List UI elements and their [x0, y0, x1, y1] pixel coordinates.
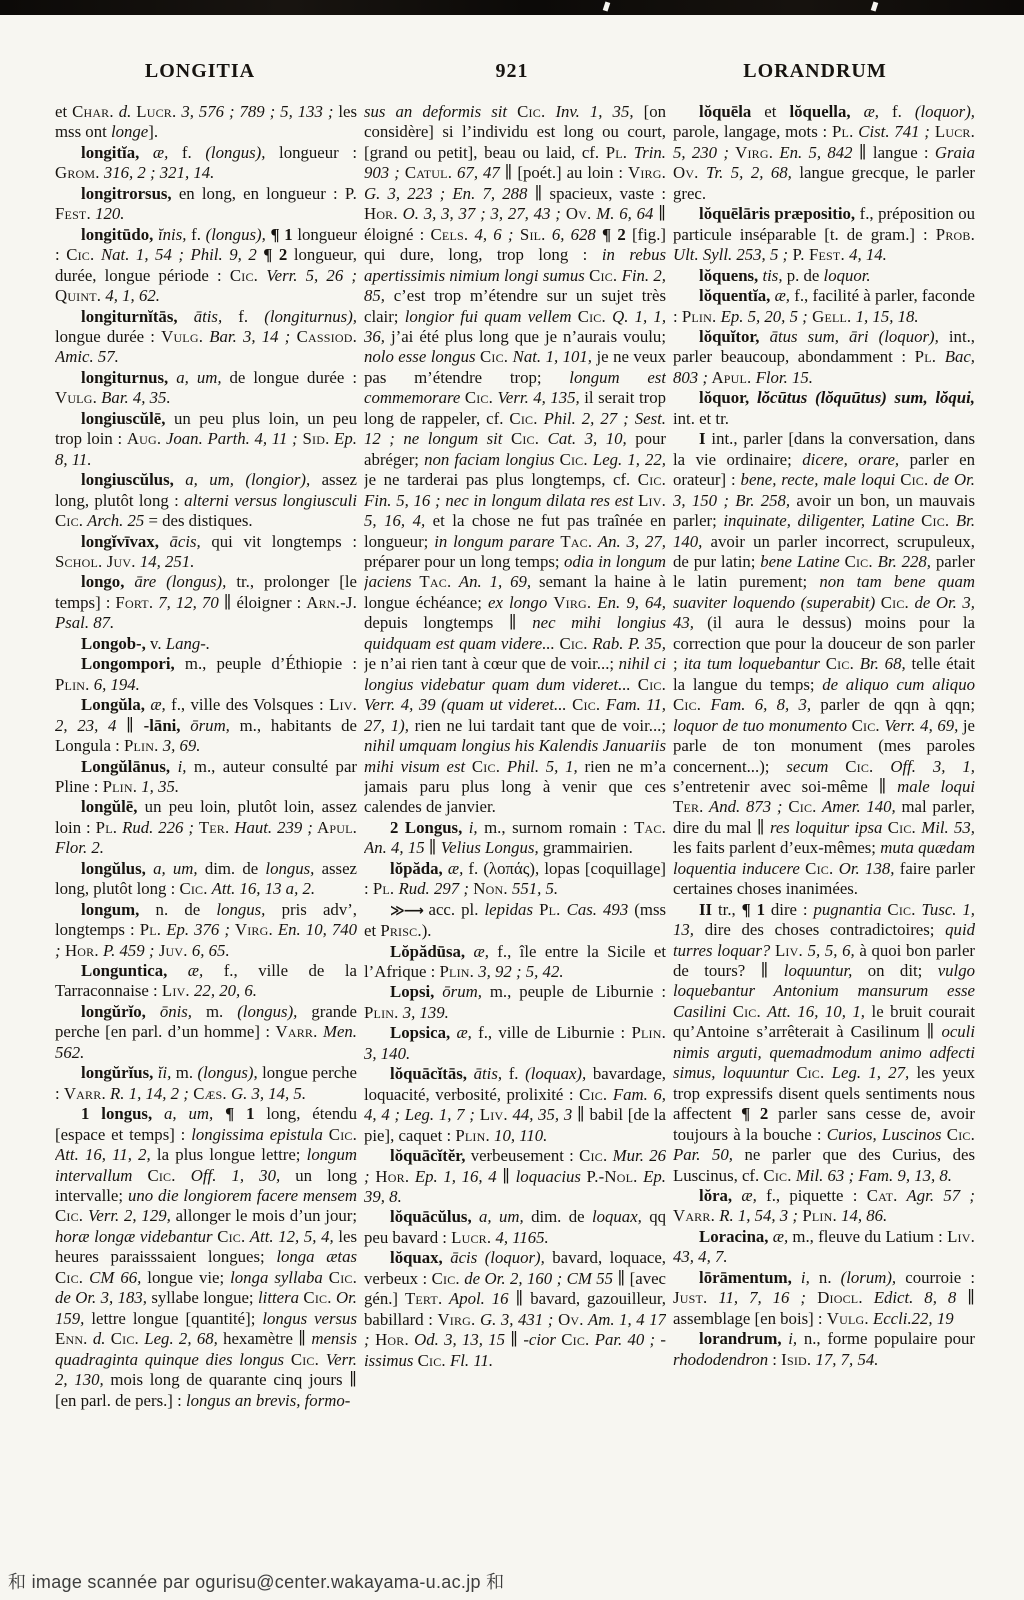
entry-longo: longo, āre (longus), tr., prolonger [le …	[55, 572, 357, 633]
running-head-right: LORANDRUM	[743, 60, 886, 83]
entry-longompori: Longompori, m., peuple d’Éthiopie : Plin…	[55, 654, 357, 695]
entry-loquitor: lŏquĭtor, ātus sum, āri (loquor), int., …	[673, 327, 975, 388]
entry-loquaculus: lŏquācŭlus, a, um, dim. de loquax, qq pe…	[364, 1207, 666, 1248]
entry-longitudo: longitūdo, ĭnis, f. (longus), ¶ 1 longue…	[55, 225, 357, 307]
entry-lopsi: Lopsi, ōrum, m., peuple de Liburnie : Pl…	[364, 982, 666, 1023]
entry-loquax: lŏquax, ācis (loquor), bavard, loquace, …	[364, 1248, 666, 1371]
entry-lopadusa: Lŏpădūsa, æ, f., île entre la Sicile et …	[364, 942, 666, 983]
entry-longiusculus: longiuscŭlus, a, um, (longior), assez lo…	[55, 470, 357, 531]
entry-lorandrum: lorandrum, i, n., forme populaire pour r…	[673, 1329, 975, 1370]
entry-longula: Longŭla, æ, f., ville des Volsques : Liv…	[55, 695, 357, 756]
entry-longivivax: longĭvīvax, ācis, qui vit longtemps : Sc…	[55, 532, 357, 573]
entry-lopada: lŏpăda, æ, f. (λοπάς), lopas [coquillage…	[364, 859, 666, 900]
scanned-dictionary-page: { "header": { "left": "LONGITIA", "page_…	[0, 0, 1024, 1600]
scan-watermark: 和 image scannée par ogurisu@center.wakay…	[8, 1568, 504, 1594]
dictionary-column-3: lŏquēla et lŏquella, æ, f. (loquor), par…	[673, 102, 975, 1564]
entry-loquor: lŏquor, lŏcūtus (lŏquūtus) sum, lŏqui, i…	[673, 388, 975, 429]
entry-longiturnitas: longiturnĭtās, ātis, f. (longiturnus), l…	[55, 307, 357, 368]
entry-loquens: lŏquens, tis, p. de loquor.	[673, 266, 975, 286]
entry-lopada-variant: ≫⟶ acc. pl. lepidas Pl. Cas. 493 (mss et…	[364, 900, 666, 942]
entry-loquentia: lŏquentĭa, æ, f., facilité à parler, fac…	[673, 286, 975, 327]
entry-longiuscule: longiuscŭlē, un peu plus loin, un peu tr…	[55, 409, 357, 470]
entry-loramentum: lōrāmentum, i, n. (lorum), courroie : Ju…	[673, 1268, 975, 1329]
scan-artifact-slit	[871, 1, 879, 11]
entry-loquelaris: lŏquēlāris præpositio, f., préposition o…	[673, 204, 975, 265]
entry-lora: lŏra, æ, f., piquette : Cat. Agr. 57 ; V…	[673, 1186, 975, 1227]
entry-longitrorsus: longitrorsus, en long, en longueur : P. …	[55, 184, 357, 225]
entry-longob: Longob-, v. Lang-.	[55, 634, 357, 654]
entry-loquor-II: II tr., ¶ 1 dire : pugnantia Cic. Tusc. …	[673, 900, 975, 1186]
entry-longulus: longŭlus, a, um, dim. de longus, assez l…	[55, 859, 357, 900]
entry-longurio: longŭrĭo, ōnis, m. (longus), grande perc…	[55, 1002, 357, 1063]
entry-longus-2: 2 Longus, i, m., surnom romain : Tac. An…	[364, 818, 666, 859]
entry-loracina: Loracina, æ, m., fleuve du Latium : Liv.…	[673, 1227, 975, 1268]
entry-longurius: longŭrĭus, ĭi, m. (longus), longue perch…	[55, 1063, 357, 1104]
entry-longiturnus: longiturnus, a, um, de longue durée : Vu…	[55, 368, 357, 409]
running-head-left: LONGITIA	[145, 60, 255, 83]
entry-loquacitas: lŏquācĭtās, ātis, f. (loquax), bavardage…	[364, 1064, 666, 1146]
page-number: 921	[496, 60, 529, 83]
entry-loquor-I: I int., parler [dans la conversation, da…	[673, 429, 975, 899]
text-columns: et Char. d. Lucr. 3, 576 ; 789 ; 5, 133 …	[55, 102, 975, 1564]
entry-longus-1-continued: sus an deformis sit Cic. Inv. 1, 35, [on…	[364, 102, 666, 818]
entry-lopsica: Lopsica, æ, f., ville de Liburnie : Plin…	[364, 1023, 666, 1064]
entry-longum: longum, n. de longus, pris adv’, longtem…	[55, 900, 357, 961]
entry-loquaciter: lŏquācĭtĕr, verbeusement : Cic. Mur. 26 …	[364, 1146, 666, 1207]
entry-longuntica: Longuntica, æ, f., ville de la Tarraconn…	[55, 961, 357, 1002]
entry-longule: longŭlē, un peu loin, plutôt loin, assez…	[55, 797, 357, 858]
entry-longus-1: 1 longus, a, um, ¶ 1 long, étendu [espac…	[55, 1104, 357, 1411]
entry-longulanus: Longŭlānus, i, m., auteur consulté par P…	[55, 757, 357, 798]
entry-longe-continued: et Char. d. Lucr. 3, 576 ; 789 ; 5, 133 …	[55, 102, 357, 143]
scan-artifact-bar	[0, 0, 1024, 15]
scan-artifact-slit	[603, 1, 611, 11]
entry-loquela: lŏquēla et lŏquella, æ, f. (loquor), par…	[673, 102, 975, 204]
dictionary-column-1: et Char. d. Lucr. 3, 576 ; 789 ; 5, 133 …	[55, 102, 357, 1564]
dictionary-column-2: sus an deformis sit Cic. Inv. 1, 35, [on…	[364, 102, 666, 1564]
entry-longitia: longitĭa, æ, f. (longus), longueur : Gro…	[55, 143, 357, 184]
